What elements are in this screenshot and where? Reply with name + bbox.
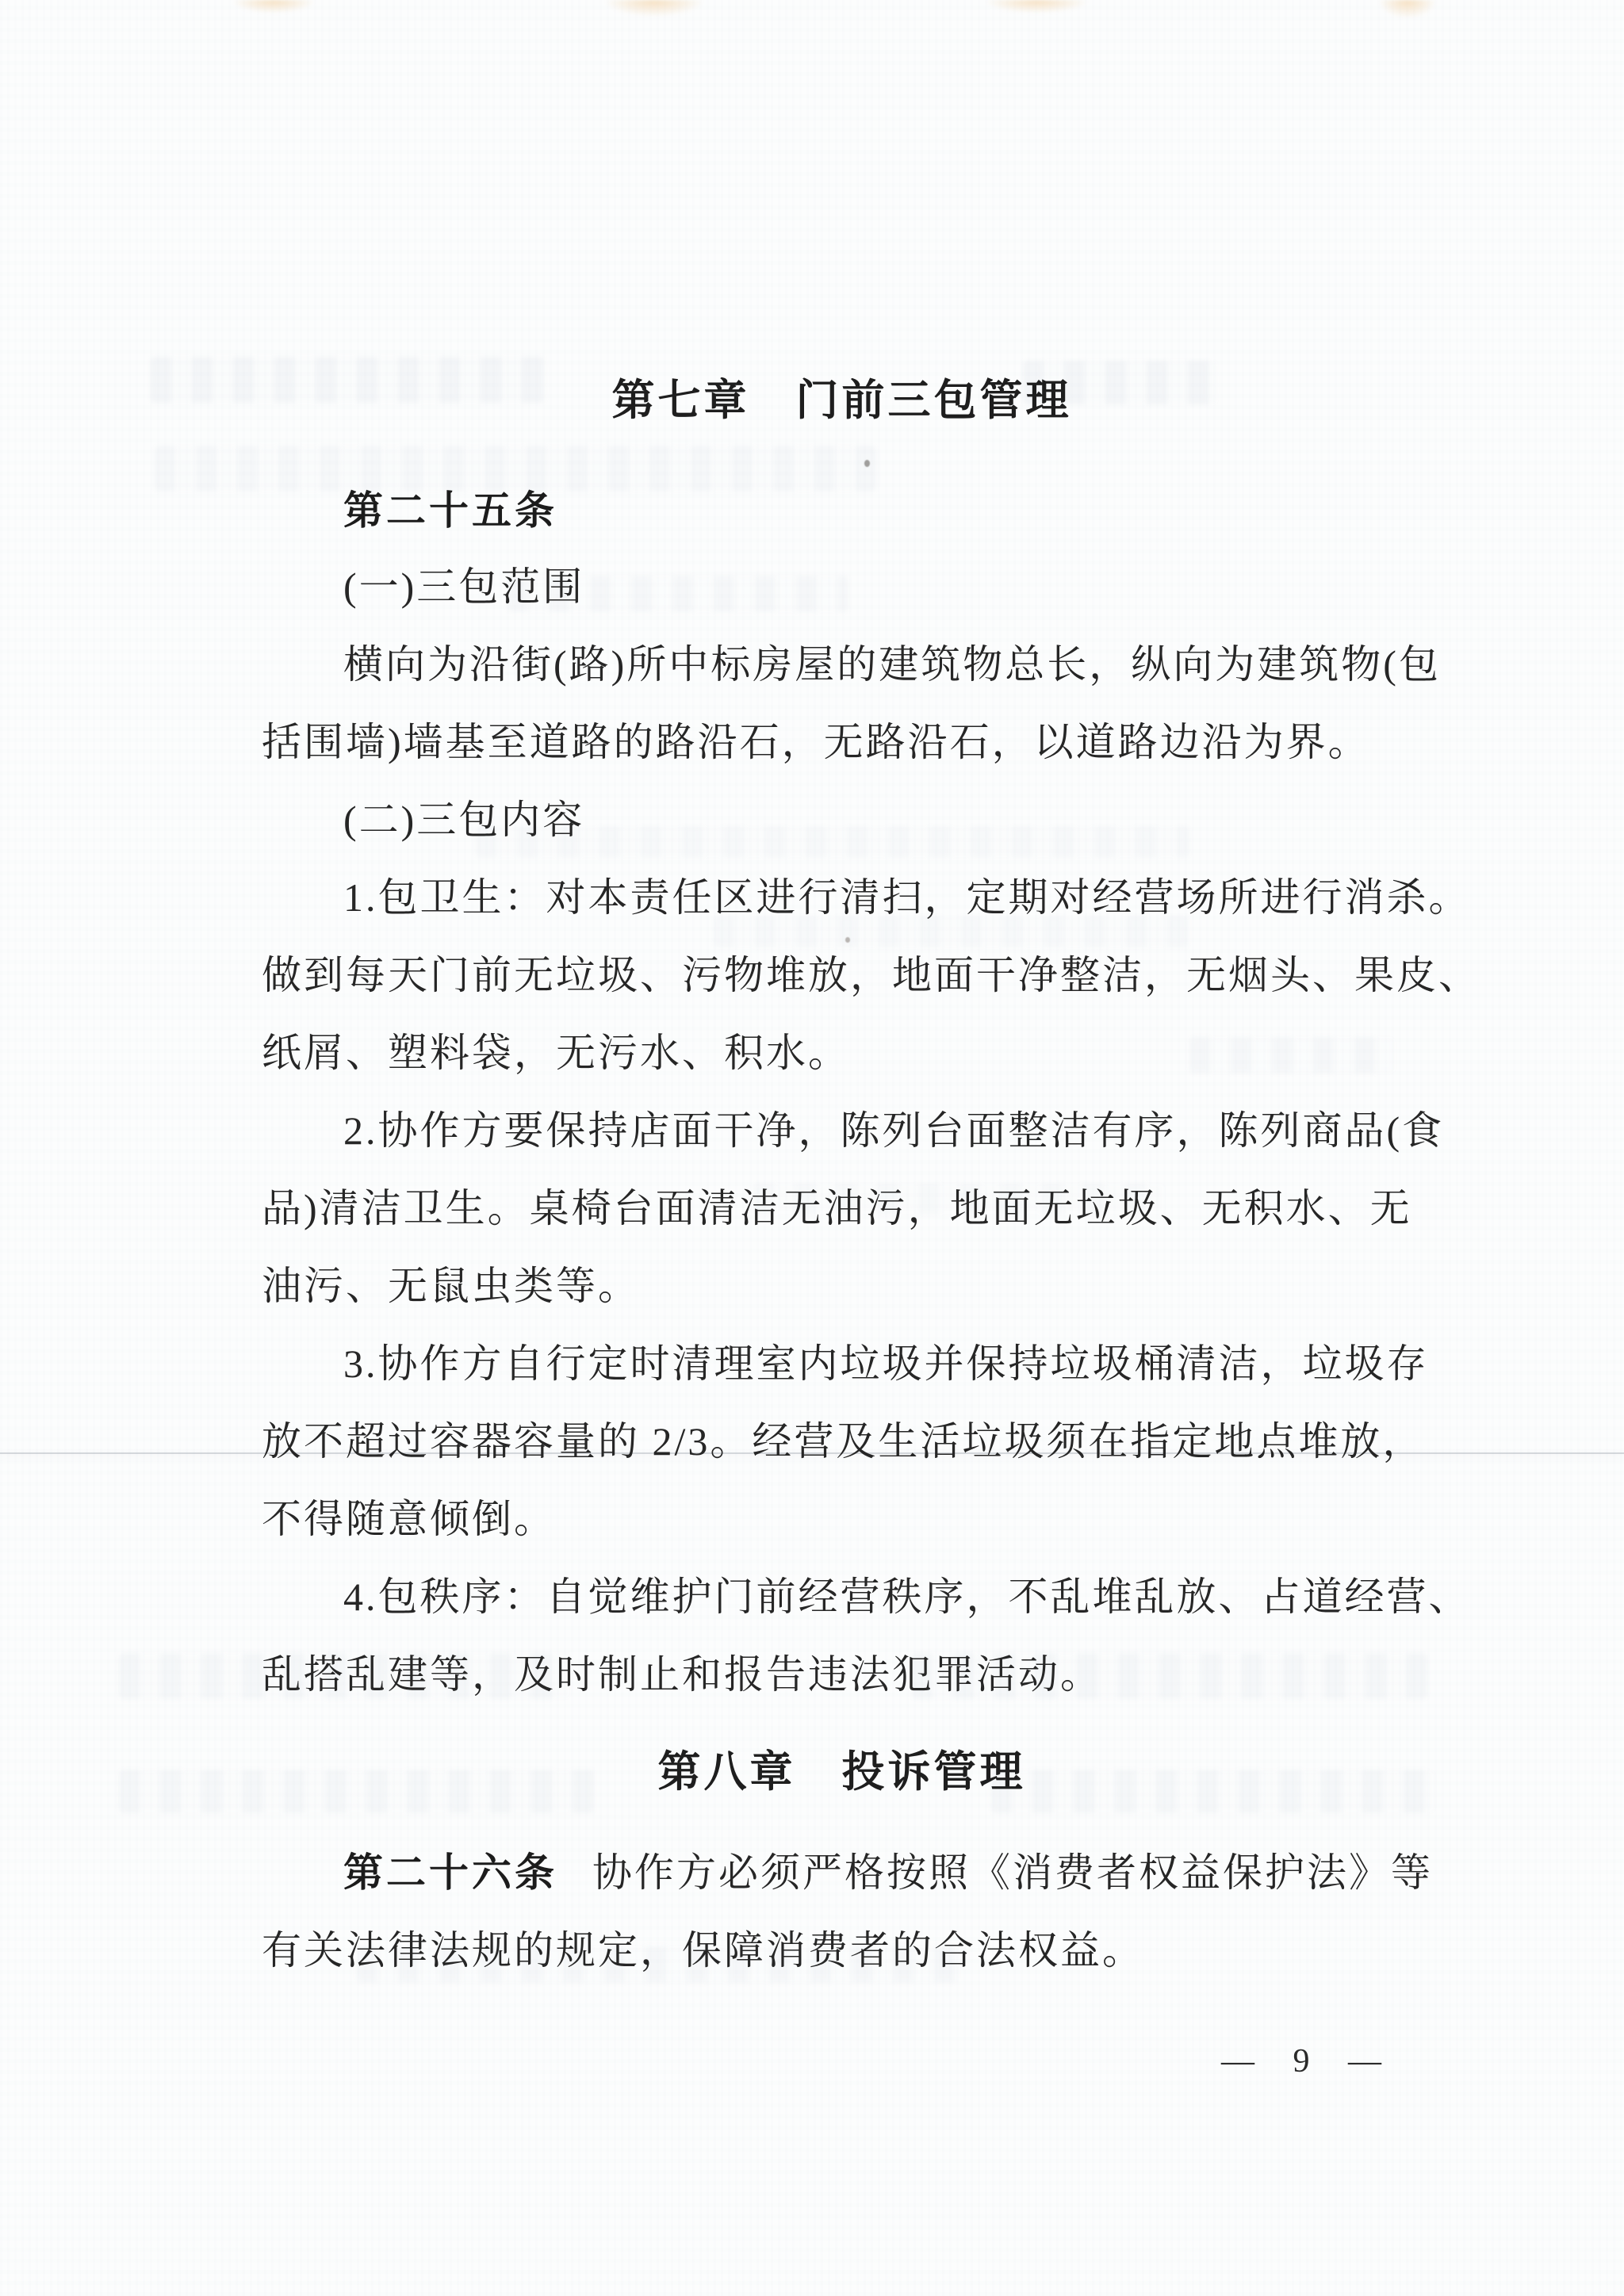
stamp-remnant-mark: [607, 0, 702, 16]
article-26-text: 协作方必须严格按照《消费者权益保护法》等: [592, 1850, 1433, 1895]
body-line: 做到每天门前无垃圾、污物堆放，地面干净整洁，无烟头、果皮、: [262, 932, 1422, 1010]
body-line: 乱搭乱建等，及时制止和报告违法犯罪活动。: [262, 1632, 1422, 1709]
body-line: (一)三包范围: [262, 544, 1422, 622]
body-line: 横向为沿街(路)所中标房屋的建筑物总长，纵向为建筑物(包: [262, 622, 1422, 699]
stamp-remnant-mark: [1380, 0, 1435, 17]
article-26-heading: 第二十六条: [343, 1850, 557, 1895]
body-line: 4.包秩序：自觉维护门前经营秩序，不乱堆乱放、占道经营、: [262, 1554, 1422, 1632]
document-body: 第七章 门前三包管理 第二十五条 (一)三包范围 横向为沿街(路)所中标房屋的建…: [262, 349, 1422, 1985]
body-line: 纸屑、塑料袋，无污水、积水。: [262, 1010, 1422, 1088]
chapter-7-heading: 第七章 门前三包管理: [262, 349, 1422, 468]
stamp-remnant-mark: [987, 0, 1086, 13]
body-line: 第二十六条协作方必须严格按照《消费者权益保护法》等: [262, 1830, 1422, 1908]
chapter-8-heading: 第八章 投诉管理: [262, 1709, 1422, 1812]
body-line: 放不超过容器容量的 2/3。经营及生活垃圾须在指定地点堆放，: [262, 1399, 1422, 1476]
body-line: (二)三包内容: [262, 777, 1422, 855]
stamp-remnant-mark: [234, 0, 313, 13]
body-line: 2.协作方要保持店面干净，陈列台面整洁有序，陈列商品(食: [262, 1088, 1422, 1165]
page-number: — 9 —: [1221, 2042, 1383, 2080]
body-line: 品)清洁卫生。桌椅台面清洁无油污，地面无垃圾、无积水、无: [262, 1165, 1422, 1243]
body-line: 括围墙)墙基至道路的路沿石，无路沿石，以道路边沿为界。: [262, 699, 1422, 777]
body-line: 1.包卫生：对本责任区进行清扫，定期对经营场所进行消杀。: [262, 855, 1422, 932]
body-line: 3.协作方自行定时清理室内垃圾并保持垃圾桶清洁，垃圾存: [262, 1321, 1422, 1399]
body-line: 油污、无鼠虫类等。: [262, 1243, 1422, 1321]
body-line: 有关法律法规的规定，保障消费者的合法权益。: [262, 1908, 1422, 1985]
article-25-heading: 第二十五条: [262, 468, 1422, 544]
scanned-document-page: 第七章 门前三包管理 第二十五条 (一)三包范围 横向为沿街(路)所中标房屋的建…: [0, 0, 1624, 2296]
body-line: 不得随意倾倒。: [262, 1476, 1422, 1554]
